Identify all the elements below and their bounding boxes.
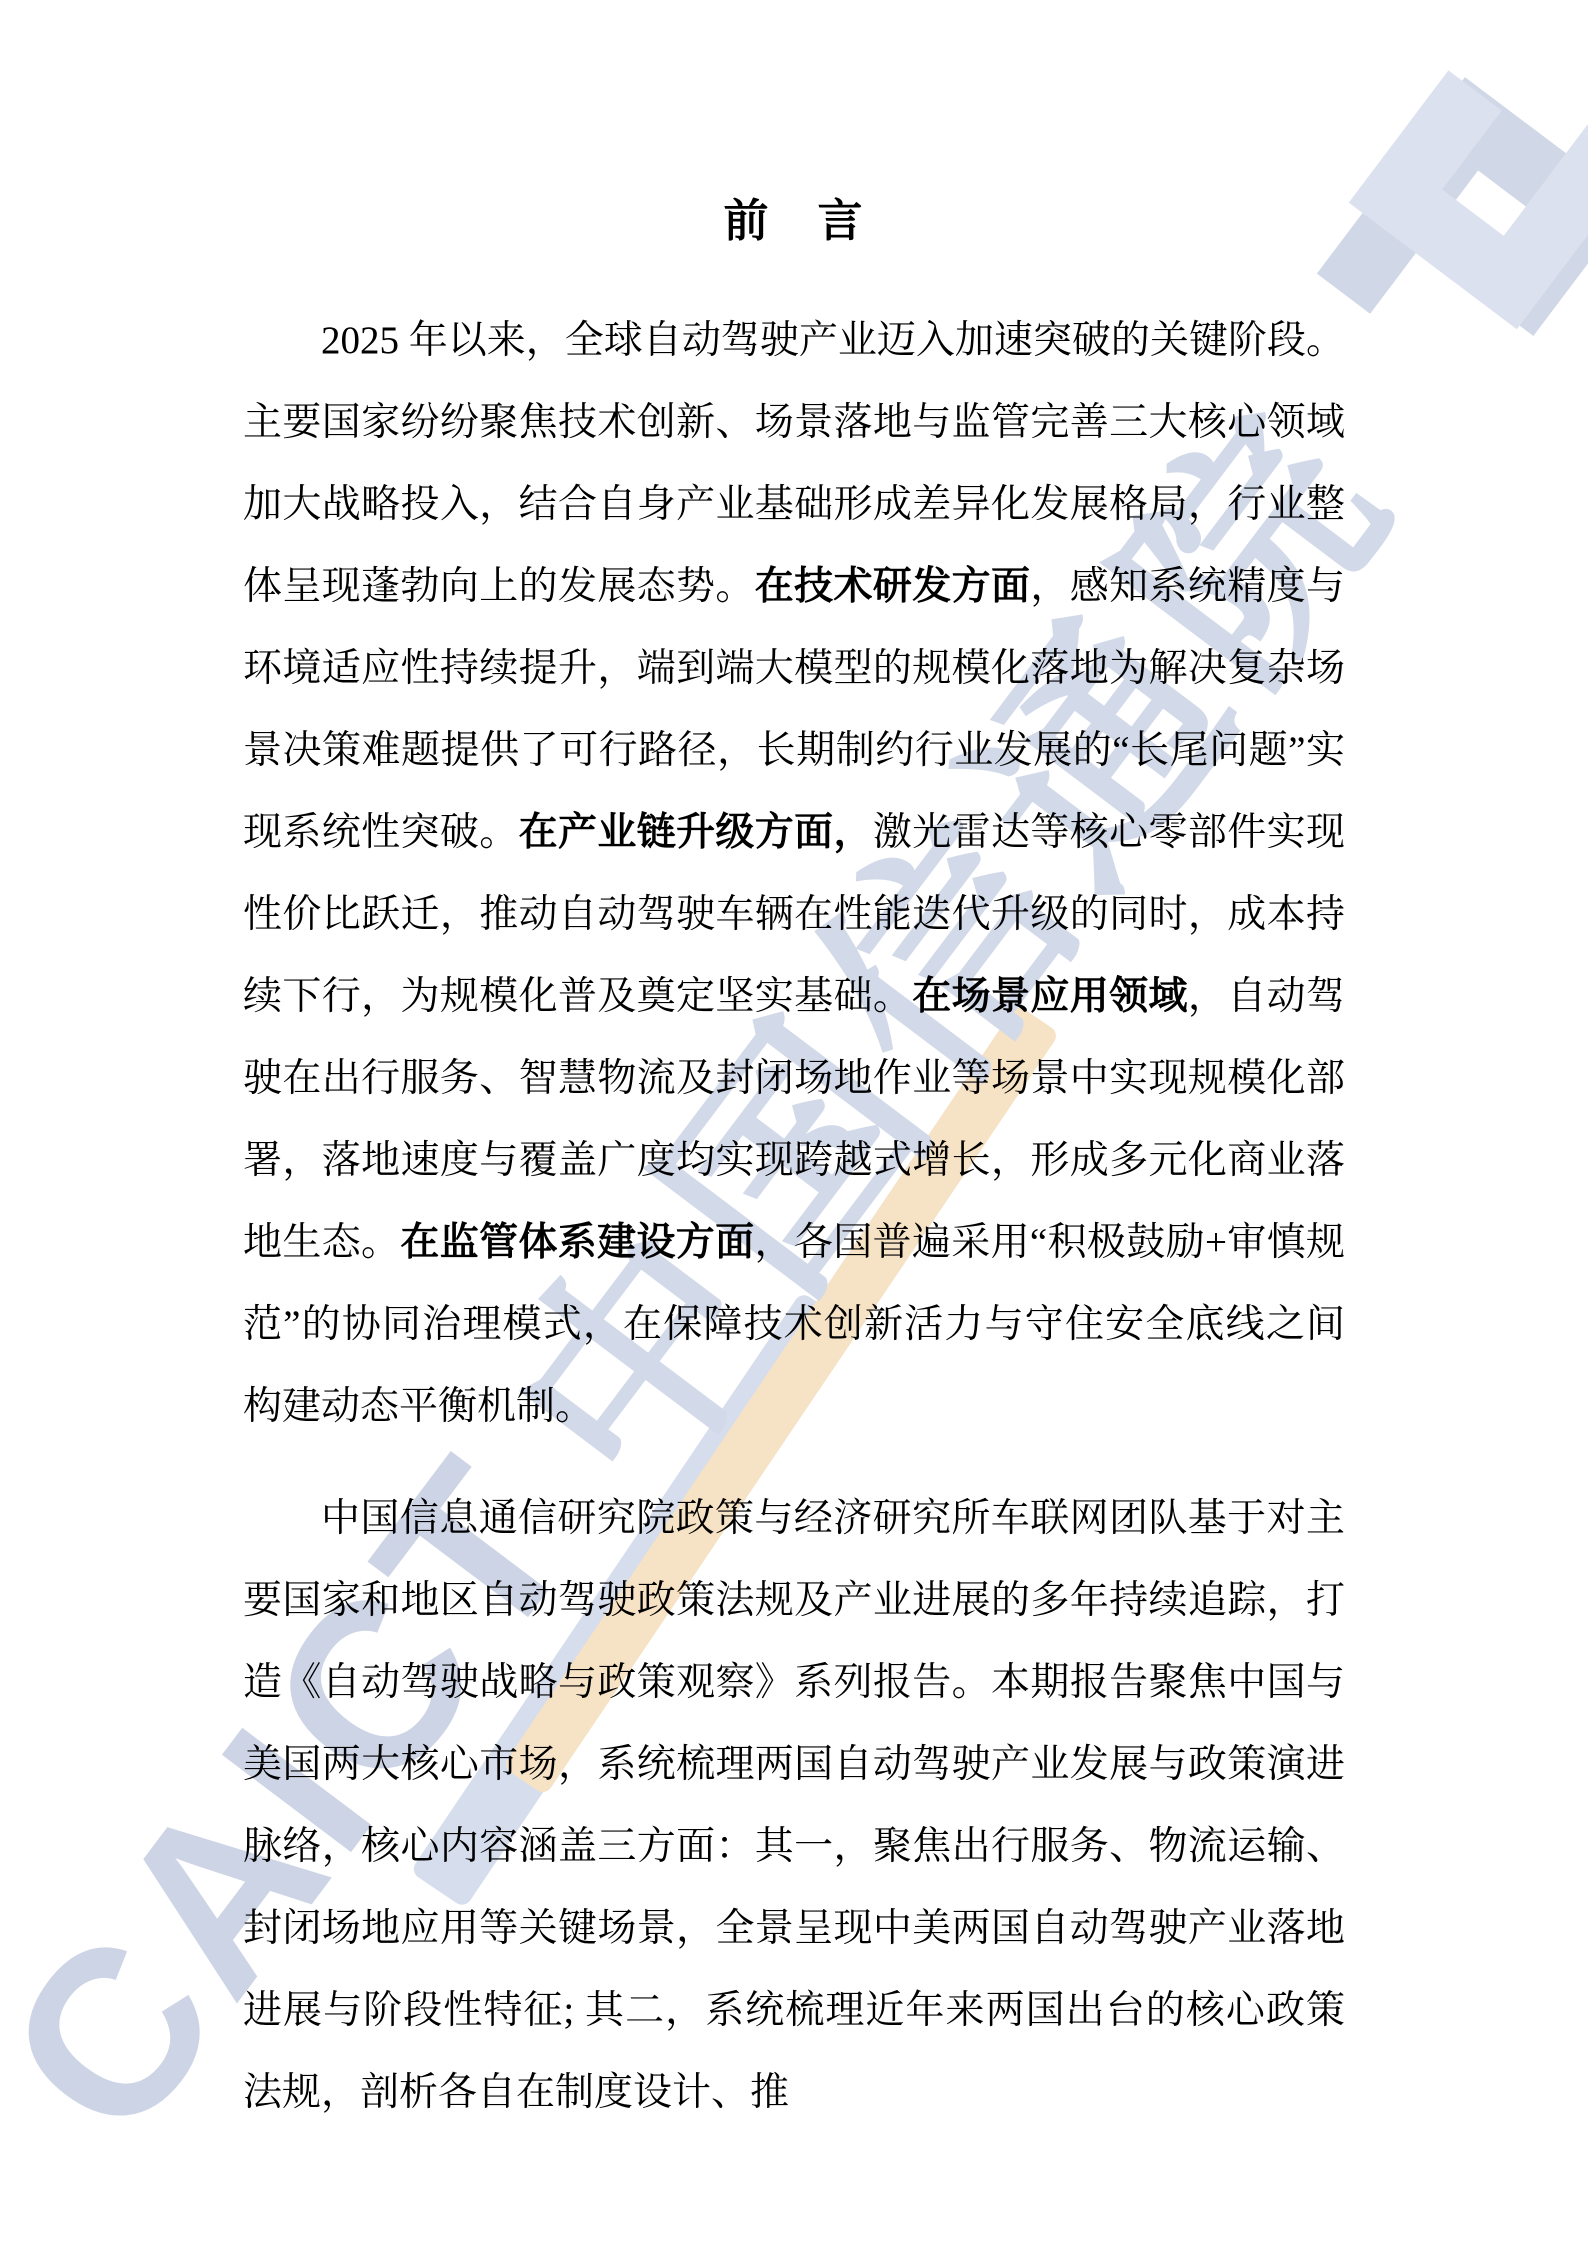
preface-paragraph-2: 中国信息通信研究院政策与经济研究所车联网团队基于对主要国家和地区自动驾驶政策法规…	[243, 1478, 1345, 2134]
emphasis-text: 在产业链升级方面，	[519, 811, 873, 854]
document-page: CAICT 中国信通院 前 言 2025 年以来，全球自动驾驶产业迈入加速突破的…	[0, 0, 1588, 2245]
text-segment: 中国信息通信研究院政策与经济研究所车联网团队基于对主要国家和地区自动驾驶政策法规…	[243, 1497, 1345, 2114]
emphasis-text: 在技术研发方面	[755, 565, 1031, 608]
emphasis-text: 在监管体系建设方面	[400, 1221, 754, 1264]
emphasis-text: 在场景应用领域	[912, 975, 1188, 1018]
preface-paragraph-1: 2025 年以来，全球自动驾驶产业迈入加速突破的关键阶段。主要国家纷纷聚焦技术创…	[243, 300, 1345, 1448]
page-title: 前 言	[243, 186, 1345, 256]
page-content: 前 言 2025 年以来，全球自动驾驶产业迈入加速突破的关键阶段。主要国家纷纷聚…	[243, 186, 1345, 2134]
